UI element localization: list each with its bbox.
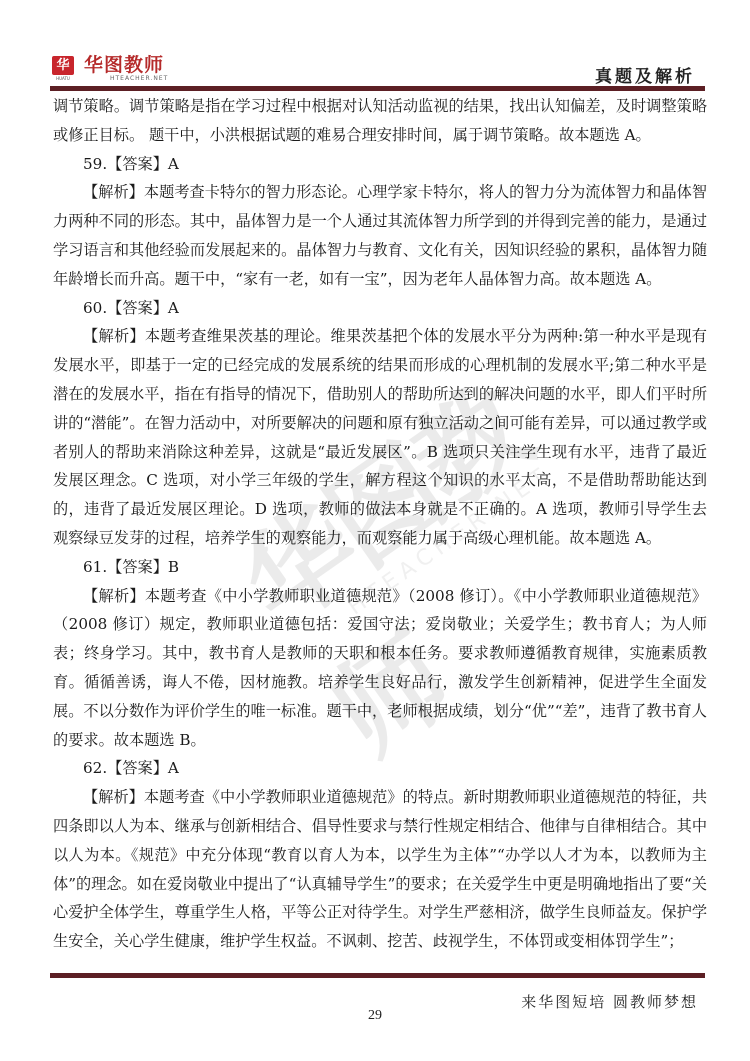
logo-mark-caption: HUATU (51, 76, 75, 81)
logo-mark-glyph: 华 (52, 56, 74, 75)
logo-mark-icon: 华 HUATU (52, 56, 74, 82)
answer-60: 60.【答案】A (53, 294, 707, 323)
section-title: 真题及解析 (595, 62, 695, 87)
analysis-60: 【解析】本题考查维果茨基的理论。维果茨基把个体的发展水平分为两种:第一种水平是现… (53, 322, 707, 552)
document-body: 调节策略。调节策略是指在学习过程中根据对认知活动监视的结果，找出认知偏差，及时调… (53, 92, 707, 956)
footer-divider (50, 973, 705, 978)
logo-domain: HTEACHER.NET (110, 75, 168, 83)
header-divider (50, 86, 705, 91)
analysis-59: 【解析】本题考查卡特尔的智力形态论。心理学家卡特尔，将人的智力分为流体智力和晶体… (53, 178, 707, 293)
document-page: 华 HUATU 华图教师 HTEACHER.NET 真题及解析 华图教师 HTE… (0, 0, 750, 1061)
answer-61: 61.【答案】B (53, 553, 707, 582)
brand-logo: 华 HUATU 华图教师 HTEACHER.NET (52, 54, 168, 84)
analysis-61: 【解析】本题考查《中小学教师职业道德规范》（2008 修订）。《中小学教师职业道… (53, 582, 707, 755)
paragraph-continuation: 调节策略。调节策略是指在学习过程中根据对认知活动监视的结果，找出认知偏差，及时调… (53, 92, 707, 150)
answer-62: 62.【答案】A (53, 754, 707, 783)
analysis-62: 【解析】本题考查《中小学教师职业道德规范》的特点。新时期教师职业道德规范的特征，… (53, 783, 707, 956)
answer-59: 59.【答案】A (53, 150, 707, 179)
page-number: 29 (0, 1008, 750, 1024)
logo-name: 华图教师 (84, 55, 168, 75)
